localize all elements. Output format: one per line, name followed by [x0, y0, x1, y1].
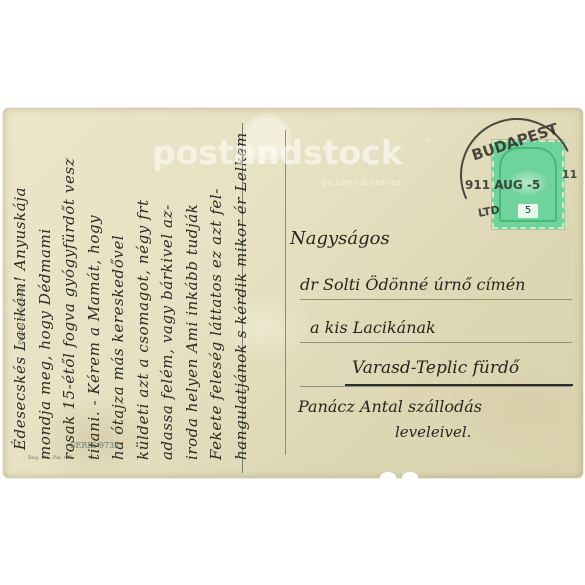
card-edge-notch: [402, 472, 418, 482]
address-line-4: Varasd-Teplic fürdő: [352, 358, 519, 378]
card-edge-notch: [380, 472, 396, 482]
watermark-tagline: pictures & stories: [322, 178, 401, 187]
message-line: rosak 15-étől fogva gyógyfürdőt vesz: [57, 110, 82, 460]
address-line-6: leveleivel.: [395, 423, 471, 441]
address-rule: [300, 386, 572, 387]
address-rule: [300, 299, 572, 300]
message-line: mondja meg, hogy Dédmami: [33, 110, 58, 460]
message-line: titani. - Kérem a Mamát, hogy: [82, 110, 107, 460]
address-line-1: Nagyságos: [290, 228, 390, 249]
address-line-3: a kis Lacikának: [310, 318, 436, 337]
address-line-5: Panácz Antal szállodás: [298, 397, 482, 416]
address-rule: [300, 342, 572, 343]
message-line: ha ótajza más kereskedővel: [106, 110, 131, 460]
watermark-registered: ®: [424, 136, 431, 144]
watermark-logo: postandstock: [152, 133, 403, 172]
printed-origin: Printed in Germany: [18, 285, 25, 345]
printed-series: SERIE 9732: [70, 441, 119, 450]
printed-patent: Reg. U.S. Pat. Off.: [28, 455, 73, 461]
address-line-2: dr Solti Ödönné úrnő címén: [300, 275, 525, 294]
postmark-date: 911 AUG -5: [465, 178, 540, 192]
card-divider: [285, 130, 286, 455]
postmark-time: 11: [562, 168, 577, 181]
